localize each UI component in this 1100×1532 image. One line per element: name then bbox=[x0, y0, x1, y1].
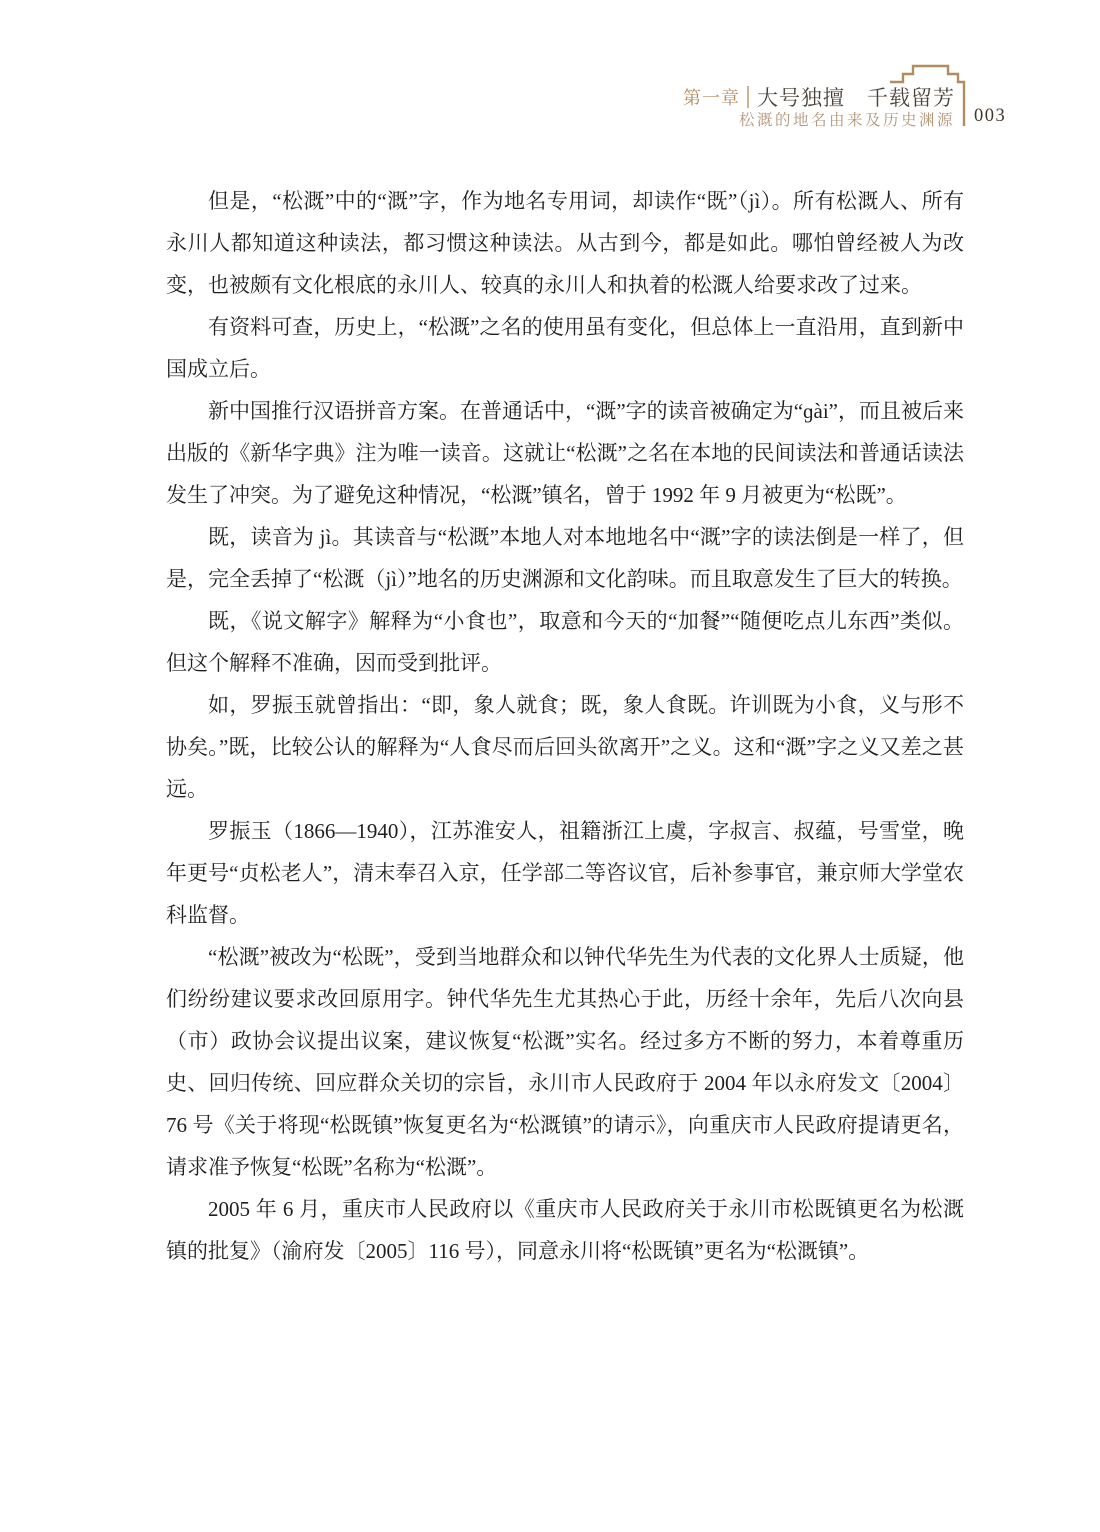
paragraph: 罗振玉（1866—1940），江苏淮安人，祖籍浙江上虞，字叔言、叔蕴，号雪堂，晚… bbox=[166, 810, 964, 936]
paragraph: 但是，“松溉”中的“溉”字，作为地名专用词，却读作“既”（jì）。所有松溉人、所… bbox=[166, 180, 964, 306]
paragraph: 如，罗振玉就曾指出：“即，象人就食；既，象人食既。许训既为小食，义与形不协矣。”… bbox=[166, 684, 964, 810]
paragraph: 有资料可查，历史上，“松溉”之名的使用虽有变化，但总体上一直沿用，直到新中国成立… bbox=[166, 306, 964, 390]
page-number: 003 bbox=[974, 106, 1006, 127]
paragraph: 新中国推行汉语拼音方案。在普通话中，“溉”字的读音被确定为“ɡài”，而且被后来… bbox=[166, 390, 964, 516]
chapter-divider bbox=[747, 86, 749, 108]
body-text: 但是，“松溉”中的“溉”字，作为地名专用词，却读作“既”（jì）。所有松溉人、所… bbox=[166, 180, 964, 1272]
paragraph: “松溉”被改为“松既”，受到当地群众和以钟代华先生为代表的文化界人士质疑，他们纷… bbox=[166, 936, 964, 1188]
paragraph: 2005 年 6 月，重庆市人民政府以《重庆市人民政府关于永川市松既镇更名为松溉… bbox=[166, 1188, 964, 1272]
paragraph: 既，读音为 jì。其读音与“松溉”本地人对本地地名中“溉”字的读法倒是一样了，但… bbox=[166, 516, 964, 600]
chapter-label: 第一章 bbox=[683, 84, 740, 110]
paragraph: 既，《说文解字》解释为“小食也”，取意和今天的“加餐”“随便吃点儿东西”类似。但… bbox=[166, 600, 964, 684]
book-page: 第一章 大号独擅 千载留芳 松溉的地名由来及历史渊源 003 但是，“松溉”中的… bbox=[0, 0, 1100, 1532]
chapter-subtitle: 松溉的地名由来及历史渊源 bbox=[739, 108, 955, 130]
